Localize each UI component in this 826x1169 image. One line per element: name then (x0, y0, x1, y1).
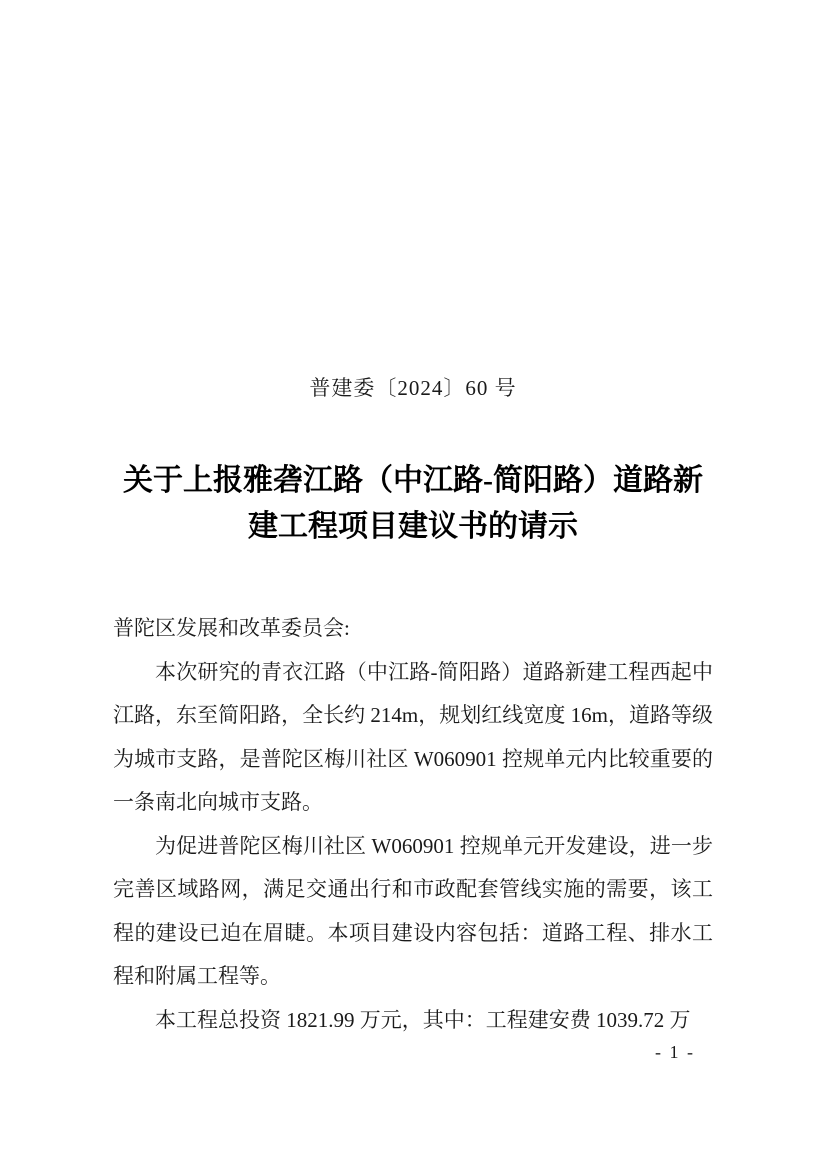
title-line-2: 建工程项目建议书的请示 (113, 504, 713, 550)
doc-number: 普建委〔2024〕60 号 (0, 372, 826, 402)
document-title: 关于上报雅砻江路（中江路-简阳路）道路新 建工程项目建议书的请示 (113, 458, 713, 550)
document-body: 普陀区发展和改革委员会: 本次研究的青衣江路（中江路-简阳路）道路新建工程西起中… (113, 607, 713, 1042)
document-page: 普建委〔2024〕60 号 关于上报雅砻江路（中江路-简阳路）道路新 建工程项目… (0, 0, 826, 1169)
title-line-1: 关于上报雅砻江路（中江路-简阳路）道路新 (113, 458, 713, 504)
body-paragraph-1: 本次研究的青衣江路（中江路-简阳路）道路新建工程西起中江路，东至简阳路，全长约 … (113, 651, 713, 825)
page-number: - 1 - (640, 1042, 710, 1063)
salutation: 普陀区发展和改革委员会: (113, 607, 713, 651)
body-paragraph-2: 为促进普陀区梅川社区 W060901 控规单元开发建设，进一步完善区域路网，满足… (113, 825, 713, 999)
body-paragraph-3: 本工程总投资 1821.99 万元，其中：工程建安费 1039.72 万 (113, 999, 713, 1043)
